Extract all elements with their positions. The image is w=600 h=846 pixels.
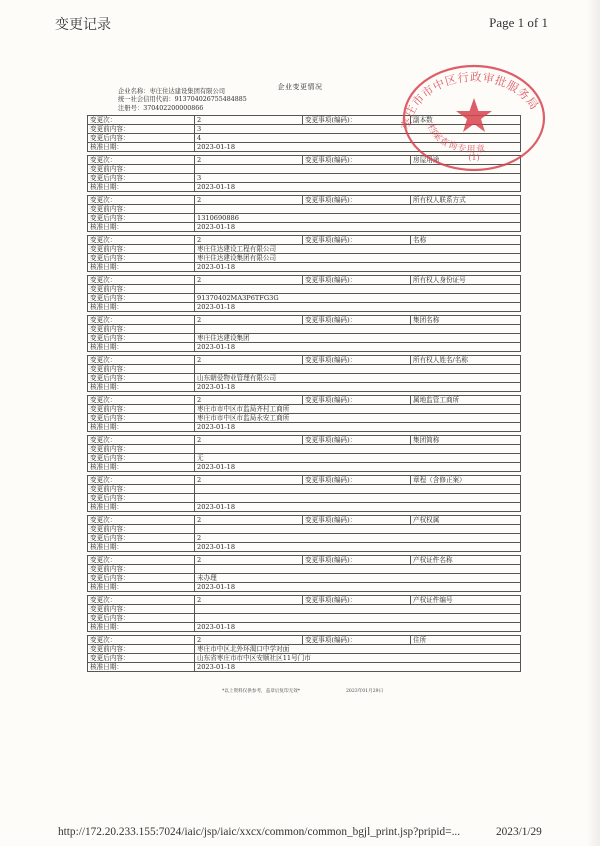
times-value: 2 bbox=[195, 595, 303, 604]
header-title: 变更记录 bbox=[55, 14, 111, 34]
after-label: 变更后内容： bbox=[88, 374, 195, 383]
times-value: 2 bbox=[195, 635, 303, 644]
item-value: 产权权属 bbox=[411, 515, 521, 524]
date-label: 核准日期： bbox=[88, 662, 195, 671]
times-label: 变更次： bbox=[88, 116, 195, 125]
date-label: 核准日期： bbox=[88, 183, 195, 192]
item-label: 变更事项(编码)： bbox=[303, 155, 411, 164]
item-value: 房屋用途 bbox=[411, 155, 521, 164]
item-label: 变更事项(编码)： bbox=[303, 116, 411, 125]
before-value bbox=[195, 324, 521, 333]
times-label: 变更次： bbox=[88, 355, 195, 364]
change-record: 变更次：2变更事项(编码)：产权证件名称变更前内容：变更后内容：未办理核准日期：… bbox=[87, 555, 521, 592]
times-label: 变更次： bbox=[88, 475, 195, 484]
before-value: 枣庄住达建设工程有限公司 bbox=[195, 245, 521, 254]
date-value: 2023-01-18 bbox=[195, 542, 521, 551]
times-label: 变更次： bbox=[88, 235, 195, 244]
times-value: 2 bbox=[195, 116, 303, 125]
date-label: 核准日期： bbox=[88, 383, 195, 392]
date-label: 核准日期： bbox=[88, 463, 195, 472]
change-record: 变更次：2变更事项(编码)：房屋用途变更前内容：变更后内容：3核准日期：2023… bbox=[87, 155, 521, 192]
after-value: 未办理 bbox=[195, 573, 521, 582]
times-value: 2 bbox=[195, 355, 303, 364]
item-label: 变更事项(编码)： bbox=[303, 595, 411, 604]
change-record: 变更次：2变更事项(编码)：产权证件编号变更前内容：变更后内容：核准日期：202… bbox=[87, 595, 521, 632]
before-label: 变更前内容： bbox=[88, 125, 195, 134]
before-value bbox=[195, 484, 521, 493]
times-label: 变更次： bbox=[88, 435, 195, 444]
item-value: 集团名称 bbox=[411, 315, 521, 324]
after-label: 变更后内容： bbox=[88, 573, 195, 582]
date-value: 2023-01-18 bbox=[195, 463, 521, 472]
before-value bbox=[195, 564, 521, 573]
disclaimer-note: *以上资料仅供参考，盖章后复印无效* bbox=[222, 688, 300, 694]
item-label: 变更事项(编码)： bbox=[303, 195, 411, 204]
after-value: 无 bbox=[195, 453, 521, 462]
after-label: 变更后内容： bbox=[88, 214, 195, 223]
after-label: 变更后内容： bbox=[88, 334, 195, 343]
times-label: 变更次： bbox=[88, 155, 195, 164]
times-value: 2 bbox=[195, 315, 303, 324]
before-label: 变更前内容： bbox=[88, 644, 195, 653]
times-value: 2 bbox=[195, 515, 303, 524]
before-value bbox=[195, 604, 521, 613]
date-value: 2023-01-18 bbox=[195, 622, 521, 631]
before-label: 变更前内容： bbox=[88, 245, 195, 254]
credit-code: 统一社会信用代码：91370402675548488​5 bbox=[118, 96, 247, 104]
times-value: 2 bbox=[195, 275, 303, 284]
item-value: 名称 bbox=[411, 235, 521, 244]
before-label: 变更前内容： bbox=[88, 404, 195, 413]
date-value: 2023-01-18 bbox=[195, 263, 521, 272]
company-info: 企业名称：枣庄住达建设集团有限公司 统一社会信用代码：9137040267554… bbox=[118, 88, 247, 113]
change-record: 变更次：2变更事项(编码)：住所变更前内容：枣庄市中区北外环渴口中学对面变更后内… bbox=[87, 635, 521, 672]
print-date: 2023/1/29 bbox=[496, 826, 542, 838]
after-label: 变更后内容： bbox=[88, 613, 195, 622]
date-value: 2023-01-18 bbox=[195, 383, 521, 392]
change-record: 变更次：2变更事项(编码)：所有权人姓名/名称变更前内容：变更后内容：山东朝爱物… bbox=[87, 355, 521, 392]
times-label: 变更次： bbox=[88, 595, 195, 604]
before-value bbox=[195, 165, 521, 174]
times-label: 变更次： bbox=[88, 275, 195, 284]
times-value: 2 bbox=[195, 395, 303, 404]
date-value: 2023-01-18 bbox=[195, 503, 521, 512]
scan-shadow bbox=[586, 0, 600, 846]
date-value: 2023-01-18 bbox=[195, 303, 521, 312]
times-label: 变更次： bbox=[88, 395, 195, 404]
item-value: 副本数 bbox=[411, 116, 521, 125]
item-label: 变更事项(编码)： bbox=[303, 315, 411, 324]
item-label: 变更事项(编码)： bbox=[303, 635, 411, 644]
item-value: 集团简称 bbox=[411, 435, 521, 444]
after-value: 枣庄市市中区市监局永安工商所 bbox=[195, 413, 521, 422]
after-value: 枣庄住达建设集团有限公司 bbox=[195, 254, 521, 263]
item-value: 住所 bbox=[411, 635, 521, 644]
date-label: 核准日期： bbox=[88, 582, 195, 591]
before-label: 变更前内容： bbox=[88, 205, 195, 214]
print-url: http://172.20.233.155:7024/iaic/jsp/iaic… bbox=[58, 826, 460, 838]
times-label: 变更次： bbox=[88, 515, 195, 524]
change-record: 变更次：2变更事项(编码)：所有权人联系方式变更前内容：变更后内容：131069… bbox=[87, 195, 521, 232]
times-value: 2 bbox=[195, 475, 303, 484]
after-value: 4 bbox=[195, 134, 521, 143]
item-label: 变更事项(编码)： bbox=[303, 235, 411, 244]
times-value: 2 bbox=[195, 435, 303, 444]
item-label: 变更事项(编码)： bbox=[303, 275, 411, 284]
after-value: 山东省枣庄市市中区安顺社区11号门市 bbox=[195, 653, 521, 662]
before-label: 变更前内容： bbox=[88, 444, 195, 453]
times-value: 2 bbox=[195, 195, 303, 204]
before-label: 变更前内容： bbox=[88, 484, 195, 493]
before-label: 变更前内容： bbox=[88, 364, 195, 373]
change-record: 变更次：2变更事项(编码)：属地监管工商所变更前内容：枣庄市市中区市监局齐村工商… bbox=[87, 395, 521, 432]
date-value: 2023-01-18 bbox=[195, 423, 521, 432]
date-label: 核准日期： bbox=[88, 622, 195, 631]
date-label: 核准日期： bbox=[88, 143, 195, 152]
item-value: 所有权人身份证号 bbox=[411, 275, 521, 284]
after-label: 变更后内容： bbox=[88, 134, 195, 143]
before-label: 变更前内容： bbox=[88, 165, 195, 174]
before-label: 变更前内容： bbox=[88, 324, 195, 333]
change-record: 变更次：2变更事项(编码)：章程（含修正案）变更前内容：变更后内容：核准日期：2… bbox=[87, 475, 521, 512]
date-value: 2023-01-18 bbox=[195, 343, 521, 352]
item-label: 变更事项(编码)： bbox=[303, 395, 411, 404]
date-value: 2023-01-18 bbox=[195, 183, 521, 192]
before-label: 变更前内容： bbox=[88, 564, 195, 573]
date-label: 核准日期： bbox=[88, 542, 195, 551]
change-record: 变更次：2变更事项(编码)：副本数变更前内容：3变更后内容：4核准日期：2023… bbox=[87, 115, 521, 152]
after-label: 变更后内容： bbox=[88, 453, 195, 462]
before-value bbox=[195, 284, 521, 293]
page-indicator: Page 1 of 1 bbox=[489, 15, 548, 31]
issue-date: 2023年01月29日 bbox=[346, 688, 383, 694]
times-value: 2 bbox=[195, 555, 303, 564]
change-record: 变更次：2变更事项(编码)：所有权人身份证号变更前内容：变更后内容：913704… bbox=[87, 275, 521, 312]
date-value: 2023-01-18 bbox=[195, 662, 521, 671]
date-label: 核准日期： bbox=[88, 263, 195, 272]
after-value: 91370402MA3P6TFG3G bbox=[195, 294, 521, 303]
after-value: 山东朝爱物业管理有限公司 bbox=[195, 374, 521, 383]
after-label: 变更后内容： bbox=[88, 493, 195, 502]
after-value: 1310690886 bbox=[195, 214, 521, 223]
times-label: 变更次： bbox=[88, 555, 195, 564]
item-value: 产权证件名称 bbox=[411, 555, 521, 564]
times-label: 变更次： bbox=[88, 635, 195, 644]
date-label: 核准日期： bbox=[88, 303, 195, 312]
after-label: 变更后内容： bbox=[88, 653, 195, 662]
item-value: 产权证件编号 bbox=[411, 595, 521, 604]
after-value: 枣庄住达建设集团 bbox=[195, 334, 521, 343]
date-label: 核准日期： bbox=[88, 423, 195, 432]
change-record: 变更次：2变更事项(编码)：产权权属变更前内容：变更后内容：2核准日期：2023… bbox=[87, 515, 521, 552]
item-label: 变更事项(编码)： bbox=[303, 435, 411, 444]
date-label: 核准日期： bbox=[88, 343, 195, 352]
change-records: 变更次：2变更事项(编码)：副本数变更前内容：3变更后内容：4核准日期：2023… bbox=[87, 115, 520, 675]
after-label: 变更后内容： bbox=[88, 254, 195, 263]
document-title: 企业变更情况 bbox=[0, 82, 600, 92]
after-value: 3 bbox=[195, 174, 521, 183]
before-value: 枣庄市市中区市监局齐村工商所 bbox=[195, 404, 521, 413]
after-value bbox=[195, 613, 521, 622]
date-value: 2023-01-18 bbox=[195, 223, 521, 232]
after-label: 变更后内容： bbox=[88, 413, 195, 422]
before-value bbox=[195, 364, 521, 373]
before-value: 3 bbox=[195, 125, 521, 134]
item-value: 所有权人姓名/名称 bbox=[411, 355, 521, 364]
before-label: 变更前内容： bbox=[88, 284, 195, 293]
after-label: 变更后内容： bbox=[88, 533, 195, 542]
after-label: 变更后内容： bbox=[88, 294, 195, 303]
item-value: 章程（含修正案） bbox=[411, 475, 521, 484]
times-label: 变更次： bbox=[88, 315, 195, 324]
date-label: 核准日期： bbox=[88, 223, 195, 232]
times-label: 变更次： bbox=[88, 195, 195, 204]
date-label: 核准日期： bbox=[88, 503, 195, 512]
item-label: 变更事项(编码)： bbox=[303, 475, 411, 484]
after-label: 变更后内容： bbox=[88, 174, 195, 183]
item-label: 变更事项(编码)： bbox=[303, 515, 411, 524]
before-value: 枣庄市中区北外环渴口中学对面 bbox=[195, 644, 521, 653]
times-value: 2 bbox=[195, 155, 303, 164]
change-record: 变更次：2变更事项(编码)：名称变更前内容：枣庄住达建设工程有限公司变更后内容：… bbox=[87, 235, 521, 272]
before-label: 变更前内容： bbox=[88, 604, 195, 613]
change-record: 变更次：2变更事项(编码)：集团名称变更前内容：变更后内容：枣庄住达建设集团核准… bbox=[87, 315, 521, 352]
before-value bbox=[195, 444, 521, 453]
times-value: 2 bbox=[195, 235, 303, 244]
before-value bbox=[195, 524, 521, 533]
before-value bbox=[195, 205, 521, 214]
after-value: 2 bbox=[195, 533, 521, 542]
before-label: 变更前内容： bbox=[88, 524, 195, 533]
item-value: 所有权人联系方式 bbox=[411, 195, 521, 204]
item-value: 属地监管工商所 bbox=[411, 395, 521, 404]
change-record: 变更次：2变更事项(编码)：集团简称变更前内容：变更后内容：无核准日期：2023… bbox=[87, 435, 521, 472]
registration-number: 注册号：370402200000866 bbox=[118, 105, 247, 113]
after-value bbox=[195, 493, 521, 502]
item-label: 变更事项(编码)： bbox=[303, 555, 411, 564]
item-label: 变更事项(编码)： bbox=[303, 355, 411, 364]
date-value: 2023-01-18 bbox=[195, 582, 521, 591]
date-value: 2023-01-18 bbox=[195, 143, 521, 152]
